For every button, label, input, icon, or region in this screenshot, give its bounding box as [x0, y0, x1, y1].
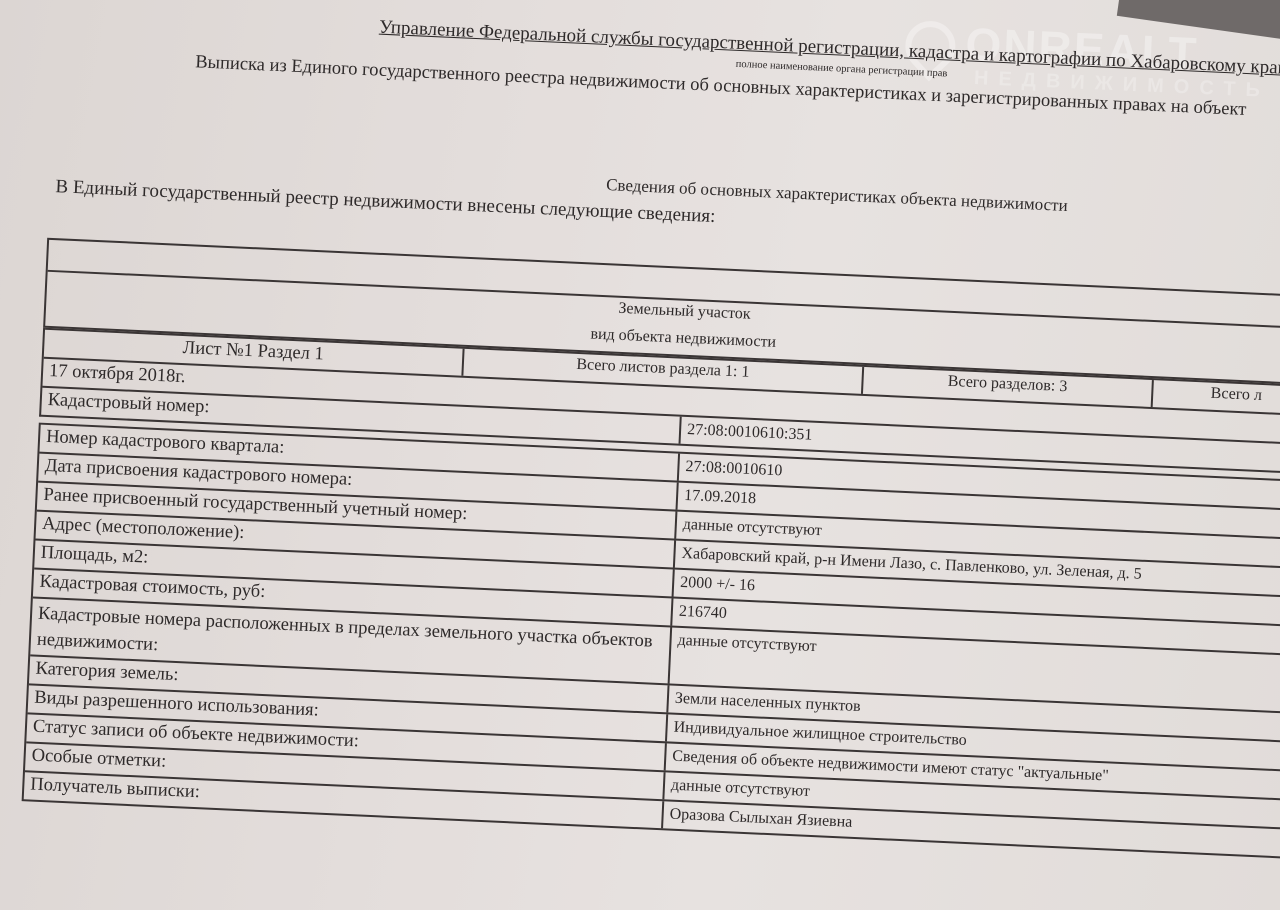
extract-table: Земельный участок вид объекта недвижимос…	[22, 238, 1280, 859]
fields-box: Номер кадастрового квартала:27:08:001061…	[22, 423, 1280, 860]
